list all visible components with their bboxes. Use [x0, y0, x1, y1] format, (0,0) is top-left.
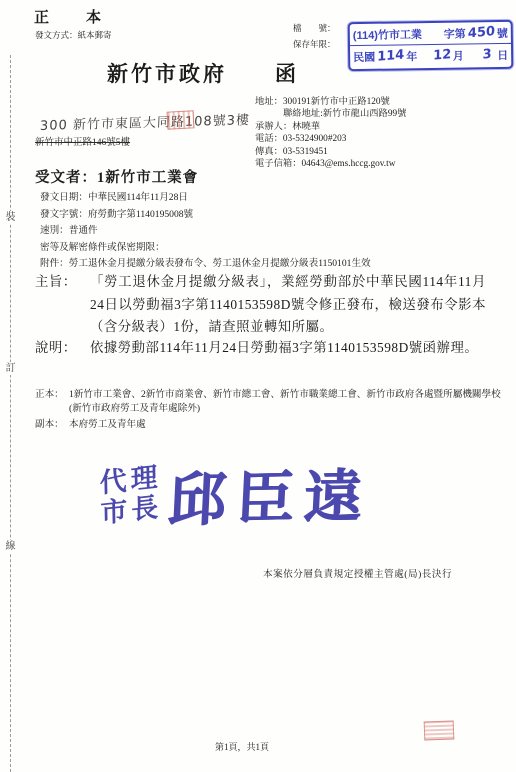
- document-title: 新竹市政府 函: [0, 58, 406, 88]
- contact-phone: 電話：03-5324900#203: [255, 133, 406, 145]
- contact-fax: 傳真：03-5319451: [255, 146, 406, 158]
- contact-info-block: 地址：300191新竹市中正路120號 聯絡地址:新竹市龍山西路99號 承辦人：…: [255, 96, 406, 170]
- page-number: 第1頁，共1頁: [215, 740, 269, 753]
- receipt-stamp-number-row: (114)竹市工業 字第 450 號: [350, 22, 511, 46]
- sig-title-char-shi: 市: [100, 496, 127, 529]
- document-meta-block: 發文日期：中華民國114年11月28日 發文字號：府勞動字第1140195008…: [40, 190, 371, 273]
- issue-number: 發文字號：府勞動字第1140195008號: [40, 207, 371, 224]
- contact-liaison-address: 聯絡地址:新竹市龍山西路99號: [255, 108, 406, 120]
- description-text: 依據勞動部114年11月24日勞動福3字第1140153598D號函辦理。: [90, 337, 486, 360]
- sig-title-char-li: 理: [130, 463, 157, 496]
- carbon-copy-recipients: 副本： 本府勞工及青年處: [35, 418, 501, 432]
- receipt-stamp-month-unit: 月: [453, 47, 464, 63]
- binding-dotted-line: [10, 55, 11, 772]
- receipt-stamp-hao: 號: [497, 24, 508, 40]
- subject-label: 主旨：: [35, 271, 90, 339]
- file-number-label: 檔 號：: [293, 22, 336, 34]
- receipt-stamp-org: (114)竹市工業: [353, 26, 422, 43]
- copy-type-label: 正 本: [34, 6, 112, 27]
- receipt-stamp-number-handwritten: 450: [468, 24, 495, 41]
- contact-address: 地址：300191新竹市中正路120號: [255, 96, 406, 108]
- speed-class: 速別：普通件: [40, 223, 371, 240]
- binding-mark-ding: 訂: [4, 362, 17, 375]
- original-text: 1新竹市工業會、2新竹市商業會、新竹市總工會、新竹市職業總工會、新竹市政府各處暨…: [69, 388, 501, 416]
- receipt-stamp-zidi: 字第: [444, 25, 466, 41]
- struck-through-address: 新竹市中正路146號5樓: [35, 134, 130, 148]
- subject-text: 「勞工退休金月提繳分級表」，業經勞動部於中華民國114年11月24日以勞動福3字…: [90, 271, 486, 339]
- sig-title-char-zhang: 長: [131, 493, 158, 526]
- receipt-stamp-day-handwritten: 3: [479, 47, 495, 63]
- official-letter-scan: 裝 訂 線 正 本 發文方式：紙本郵寄 檔 號： 保存年限： (114)竹市工業…: [0, 0, 516, 772]
- correction-seal: [167, 110, 195, 129]
- original-recipients: 正本： 1新竹市工業會、2新竹市商業會、新竹市總工會、新竹市職業總工會、新竹市政…: [35, 388, 501, 416]
- delivery-method: 發文方式：紙本郵寄: [35, 29, 112, 41]
- sig-title-char-dai: 代: [100, 466, 127, 499]
- copy-text: 本府勞工及青年處: [69, 418, 501, 432]
- mayor-name: 邱臣遠: [166, 449, 374, 537]
- contact-handler: 承辦人：林曉華: [255, 121, 406, 133]
- original-label: 正本：: [35, 388, 69, 416]
- delegation-note: 本案依分層負責規定授權主管處(局)長決行: [263, 566, 452, 580]
- binding-mark-xian: 線: [4, 540, 17, 553]
- receipt-stamp-day-unit: 日: [497, 46, 508, 62]
- security-class: 密等及解密條件或保密期限：: [40, 240, 371, 257]
- receipt-stamp-year-unit: 年: [406, 48, 417, 64]
- retention-period-label: 保存年限：: [293, 38, 336, 50]
- binding-mark-zhuang: 裝: [4, 211, 17, 224]
- description-label: 說明：: [35, 337, 90, 360]
- mayor-signature-stamp: 代 理 市 長 邱臣遠: [99, 449, 373, 539]
- receipt-stamp-month-handwritten: 12: [433, 47, 451, 64]
- approval-name-seal: [424, 720, 455, 740]
- copy-label: 副本：: [35, 418, 69, 432]
- issue-date: 發文日期：中華民國114年11月28日: [40, 190, 371, 207]
- contact-email: 電子信箱：04643@ems.hccg.gov.tw: [255, 158, 406, 170]
- acting-mayor-title: 代 理 市 長: [100, 463, 159, 529]
- handwritten-recipient-address: 300 新竹市東區大同路108號3樓: [40, 109, 251, 134]
- recipient-line: 受文者：1新竹市工業會: [35, 166, 198, 187]
- description-paragraph: 說明： 依據勞動部114年11月24日勞動福3字第1140153598D號函辦理…: [35, 337, 486, 360]
- subject-paragraph: 主旨： 「勞工退休金月提繳分級表」，業經勞動部於中華民國114年11月24日以勞…: [35, 271, 486, 339]
